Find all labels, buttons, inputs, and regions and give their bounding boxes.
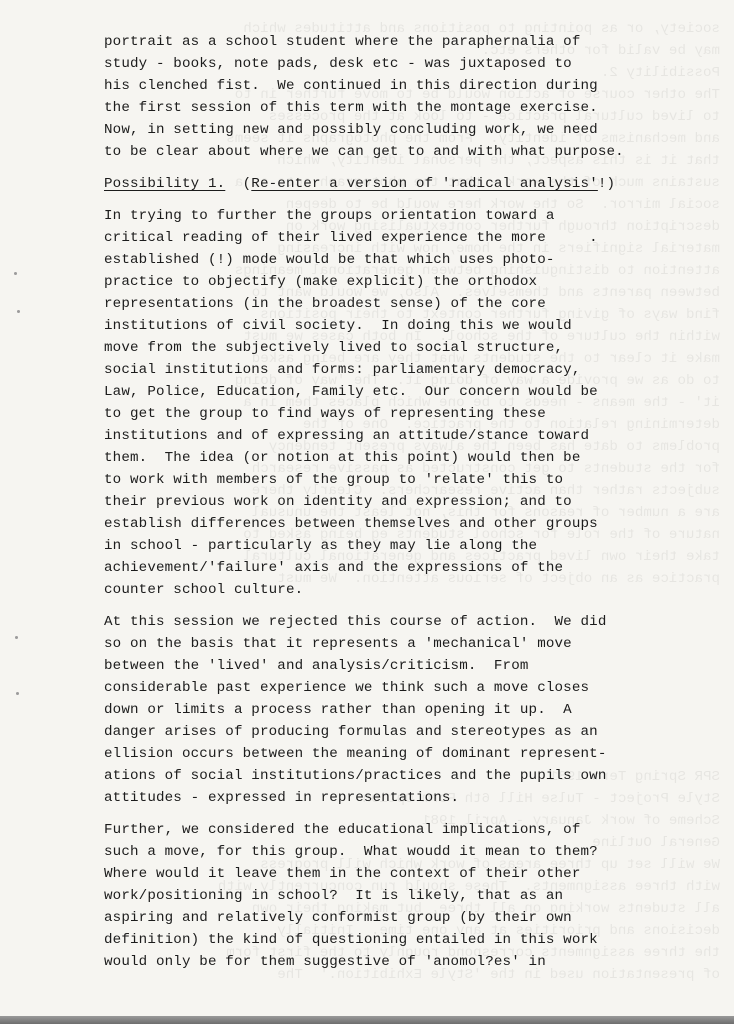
text-line: danger arises of producing formulas and … bbox=[104, 721, 704, 743]
text-line: At this session we rejected this course … bbox=[104, 611, 704, 633]
heading-label: Possibility 1. bbox=[104, 176, 225, 192]
text-line: them. The idea (or notion at this point)… bbox=[104, 447, 704, 469]
text-line: aspiring and relatively conformist group… bbox=[104, 907, 704, 929]
heading-subtitle: Re-enter a version of 'radical analysis' bbox=[251, 176, 598, 192]
text-line: so on the basis that it represents a 'me… bbox=[104, 633, 704, 655]
text-line: social institutions and forms: parliamen… bbox=[104, 359, 704, 381]
paper-speck bbox=[16, 692, 19, 695]
possibility-1-paragraph: In trying to further the groups orientat… bbox=[104, 205, 704, 601]
intro-paragraph: portrait as a school student where the p… bbox=[104, 31, 704, 163]
text-line: the first session of this term with the … bbox=[104, 97, 704, 119]
text-line: would only be for them suggestive of 'an… bbox=[104, 951, 704, 973]
text-line: achievement/'failure' axis and the expre… bbox=[104, 557, 704, 579]
typewritten-body: portrait as a school student where the p… bbox=[104, 31, 704, 973]
text-line: move from the subjectively lived to soci… bbox=[104, 337, 704, 359]
text-line: representations (in the broadest sense) … bbox=[104, 293, 704, 315]
text-line: his clenched fist. We continued in this … bbox=[104, 75, 704, 97]
text-line: work/positioning in school? It is likely… bbox=[104, 885, 704, 907]
text-line: practice to objectify (make explicit) th… bbox=[104, 271, 704, 293]
text-line: Where would it leave them in the context… bbox=[104, 863, 704, 885]
further-considerations-paragraph: Further, we considered the educational i… bbox=[104, 819, 704, 973]
paper-speck bbox=[15, 636, 18, 639]
rejection-paragraph: At this session we rejected this course … bbox=[104, 611, 704, 809]
text-line: to be clear about where we can get to an… bbox=[104, 141, 704, 163]
scan-bottom-edge bbox=[0, 1016, 734, 1024]
text-line: definition) the kind of questioning enta… bbox=[104, 929, 704, 951]
document-page: society, or as pointing to positions and… bbox=[0, 0, 734, 1016]
text-line: critical reading of their lived experien… bbox=[104, 227, 704, 249]
section-heading-possibility-1: Possibility 1. (Re-enter a version of 'r… bbox=[104, 173, 704, 195]
paper-speck bbox=[17, 310, 20, 313]
text-line: in school - particularly as they may lie… bbox=[104, 535, 704, 557]
text-line: institutions and of expressing an attitu… bbox=[104, 425, 704, 447]
text-line: to get the group to find ways of represe… bbox=[104, 403, 704, 425]
paper-speck bbox=[14, 272, 17, 275]
text-line: institutions of civil society. In doing … bbox=[104, 315, 704, 337]
text-line: such a move, for this group. What woudd … bbox=[104, 841, 704, 863]
text-line: established (!) mode would be that which… bbox=[104, 249, 704, 271]
text-line: study - books, note pads, desk etc - was… bbox=[104, 53, 704, 75]
text-line: between the 'lived' and analysis/critici… bbox=[104, 655, 704, 677]
text-line: attitudes - expressed in representations… bbox=[104, 787, 704, 809]
text-line: counter school culture. bbox=[104, 579, 704, 601]
text-line: to work with members of the group to 're… bbox=[104, 469, 704, 491]
text-line: considerable past experience we think su… bbox=[104, 677, 704, 699]
text-line: establish differences between themselves… bbox=[104, 513, 704, 535]
text-line: Further, we considered the educational i… bbox=[104, 819, 704, 841]
text-line: ellision occurs between the meaning of d… bbox=[104, 743, 704, 765]
text-line: Law, Police, Education, Family etc. Our … bbox=[104, 381, 704, 403]
heading-spacer: ( bbox=[225, 176, 251, 192]
text-line: In trying to further the groups orientat… bbox=[104, 205, 704, 227]
heading-suffix: !) bbox=[598, 176, 615, 192]
text-line: ations of social institutions/practices … bbox=[104, 765, 704, 787]
text-line: their previous work on identity and expr… bbox=[104, 491, 704, 513]
text-line: portrait as a school student where the p… bbox=[104, 31, 704, 53]
text-line: down or limits a process rather than ope… bbox=[104, 699, 704, 721]
text-line: Now, in setting new and possibly conclud… bbox=[104, 119, 704, 141]
